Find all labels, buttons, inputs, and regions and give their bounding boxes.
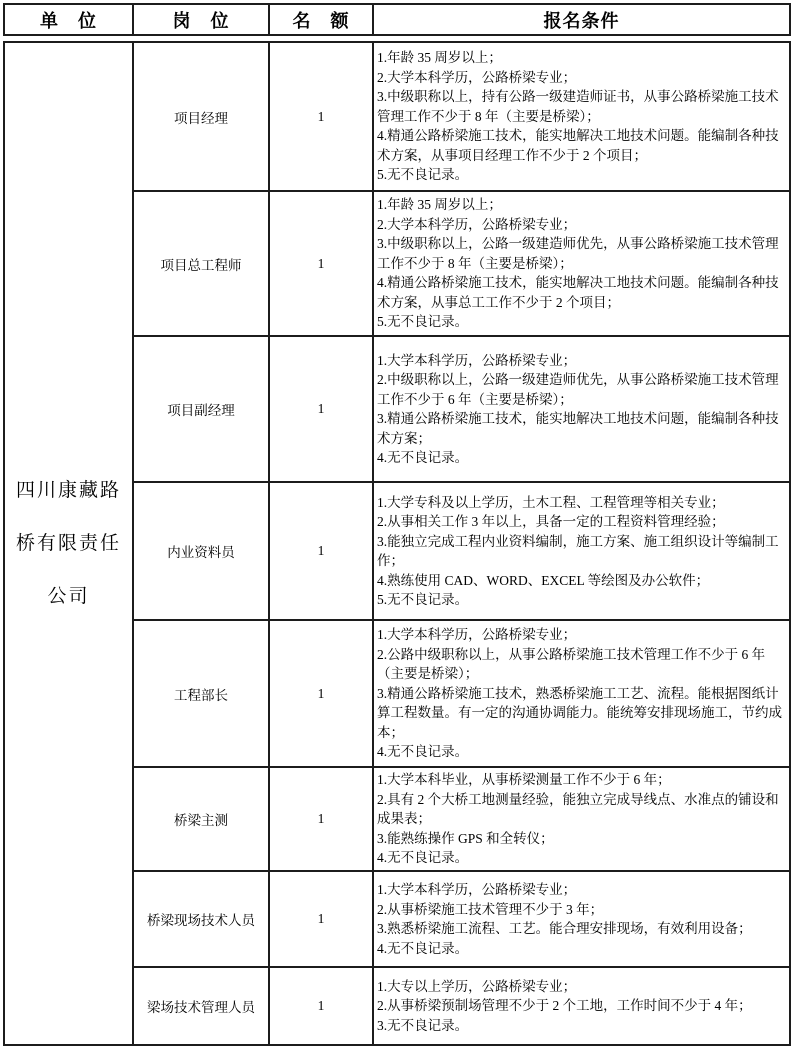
requirements-cell: 1.大学本科毕业，从事桥梁测量工作不少于 6 年； 2.具有 2 个大桥工地测量… xyxy=(373,767,790,871)
requirement-item: 3.中级职称以上，公路一级建造师优先，从事公路桥梁施工技术管理工作不少于 8 年… xyxy=(377,234,787,273)
requirement-item: 3.能熟练操作 GPS 和全转仪； xyxy=(377,829,787,849)
quota-cell: 1 xyxy=(269,482,373,620)
quota-cell: 1 xyxy=(269,620,373,767)
position-cell: 工程部长 xyxy=(133,620,269,767)
requirement-item: 2.从事桥梁预制场管理不少于 2 个工地，工作时间不少于 4 年； xyxy=(377,996,787,1016)
position-cell: 梁场技术管理人员 xyxy=(133,967,269,1045)
requirement-item: 1.大学专科及以上学历，土木工程、工程管理等相关专业； xyxy=(377,493,787,513)
company-name-line: 桥有限责任 xyxy=(5,517,132,570)
requirement-item: 1.年龄 35 周岁以上； xyxy=(377,195,787,215)
company-name-line: 公司 xyxy=(5,570,132,623)
requirement-item: 5.无不良记录。 xyxy=(377,312,787,332)
position-cell: 项目总工程师 xyxy=(133,191,269,336)
header-row: 单 位 岗 位 名 额 报名条件 xyxy=(4,4,790,35)
quota-cell: 1 xyxy=(269,767,373,871)
header-cell-unit: 单 位 xyxy=(4,4,133,35)
requirement-item: 3.熟悉桥梁施工流程、工艺。能合理安排现场，有效利用设备； xyxy=(377,919,787,939)
recruitment-table: 单 位 岗 位 名 额 报名条件 四川康藏路 桥有限责任 公司 项目经理 1 1… xyxy=(3,3,791,1046)
quota-cell: 1 xyxy=(269,336,373,482)
requirement-item: 2.具有 2 个大桥工地测量经验，能独立完成导线点、水准点的铺设和成果表； xyxy=(377,790,787,829)
quota-cell: 1 xyxy=(269,967,373,1045)
requirement-item: 1.大学本科学历，公路桥梁专业； xyxy=(377,625,787,645)
quota-cell: 1 xyxy=(269,191,373,336)
requirement-item: 3.精通公路桥梁施工技术，熟悉桥梁施工工艺、流程。能根据图纸计算工程数量。有一定… xyxy=(377,684,787,743)
table-row: 四川康藏路 桥有限责任 公司 项目经理 1 1.年龄 35 周岁以上； 2.大学… xyxy=(4,42,790,191)
table-header: 单 位 岗 位 名 额 报名条件 xyxy=(3,3,791,36)
requirements-cell: 1.大学本科学历，公路桥梁专业； 2.中级职称以上，公路一级建造师优先，从事公路… xyxy=(373,336,790,482)
requirement-item: 2.从事桥梁施工技术管理不少于 3 年； xyxy=(377,900,787,920)
requirements-cell: 1.年龄 35 周岁以上； 2.大学本科学历，公路桥梁专业； 3.中级职称以上，… xyxy=(373,42,790,191)
company-cell: 四川康藏路 桥有限责任 公司 xyxy=(4,42,133,1045)
header-cell-position: 岗 位 xyxy=(133,4,269,35)
requirements-cell: 1.大学本科学历，公路桥梁专业； 2.公路中级职称以上，从事公路桥梁施工技术管理… xyxy=(373,620,790,767)
requirement-item: 4.熟练使用 CAD、WORD、EXCEL 等绘图及办公软件； xyxy=(377,571,787,591)
requirement-item: 4.无不良记录。 xyxy=(377,448,787,468)
recruitment-table-page: 单 位 岗 位 名 额 报名条件 四川康藏路 桥有限责任 公司 项目经理 1 1… xyxy=(0,0,800,1049)
requirement-item: 2.从事相关工作 3 年以上，具备一定的工程资料管理经验； xyxy=(377,512,787,532)
requirement-item: 5.无不良记录。 xyxy=(377,165,787,185)
requirement-item: 3.精通公路桥梁施工技术，能实地解决工地技术问题，能编制各种技术方案； xyxy=(377,409,787,448)
requirement-item: 1.大学本科毕业，从事桥梁测量工作不少于 6 年； xyxy=(377,770,787,790)
quota-cell: 1 xyxy=(269,42,373,191)
position-cell: 项目副经理 xyxy=(133,336,269,482)
requirement-item: 4.无不良记录。 xyxy=(377,939,787,959)
requirements-cell: 1.大专以上学历，公路桥梁专业； 2.从事桥梁预制场管理不少于 2 个工地，工作… xyxy=(373,967,790,1045)
requirement-item: 3.能独立完成工程内业资料编制，施工方案、施工组织设计等编制工作； xyxy=(377,532,787,571)
requirement-item: 2.大学本科学历，公路桥梁专业； xyxy=(377,215,787,235)
requirement-item: 1.大专以上学历，公路桥梁专业； xyxy=(377,977,787,997)
requirement-item: 4.精通公路桥梁施工技术，能实地解决工地技术问题。能编制各种技术方案，从事总工工… xyxy=(377,273,787,312)
requirement-item: 2.大学本科学历，公路桥梁专业； xyxy=(377,68,787,88)
position-cell: 桥梁主测 xyxy=(133,767,269,871)
requirements-cell: 1.大学专科及以上学历，土木工程、工程管理等相关专业； 2.从事相关工作 3 年… xyxy=(373,482,790,620)
requirement-item: 1.年龄 35 周岁以上； xyxy=(377,48,787,68)
requirement-item: 1.大学本科学历，公路桥梁专业； xyxy=(377,351,787,371)
requirement-item: 2.公路中级职称以上，从事公路桥梁施工技术管理工作不少于 6 年（主要是桥梁）； xyxy=(377,645,787,684)
header-cell-conditions: 报名条件 xyxy=(373,4,790,35)
table-body: 四川康藏路 桥有限责任 公司 项目经理 1 1.年龄 35 周岁以上； 2.大学… xyxy=(3,41,791,1046)
requirement-item: 1.大学本科学历，公路桥梁专业； xyxy=(377,880,787,900)
requirement-item: 3.无不良记录。 xyxy=(377,1016,787,1036)
quota-cell: 1 xyxy=(269,871,373,967)
requirement-item: 5.无不良记录。 xyxy=(377,590,787,610)
requirements-cell: 1.年龄 35 周岁以上； 2.大学本科学历，公路桥梁专业； 3.中级职称以上，… xyxy=(373,191,790,336)
position-cell: 内业资料员 xyxy=(133,482,269,620)
requirement-item: 2.中级职称以上，公路一级建造师优先，从事公路桥梁施工技术管理工作不少于 6 年… xyxy=(377,370,787,409)
position-cell: 桥梁现场技术人员 xyxy=(133,871,269,967)
requirement-item: 4.精通公路桥梁施工技术，能实地解决工地技术问题。能编制各种技术方案，从事项目经… xyxy=(377,126,787,165)
requirement-item: 4.无不良记录。 xyxy=(377,848,787,868)
company-name-line: 四川康藏路 xyxy=(5,464,132,517)
position-cell: 项目经理 xyxy=(133,42,269,191)
header-cell-quota: 名 额 xyxy=(269,4,373,35)
requirements-cell: 1.大学本科学历，公路桥梁专业； 2.从事桥梁施工技术管理不少于 3 年； 3.… xyxy=(373,871,790,967)
requirement-item: 3.中级职称以上，持有公路一级建造师证书，从事公路桥梁施工技术管理工作不少于 8… xyxy=(377,87,787,126)
requirement-item: 4.无不良记录。 xyxy=(377,742,787,762)
